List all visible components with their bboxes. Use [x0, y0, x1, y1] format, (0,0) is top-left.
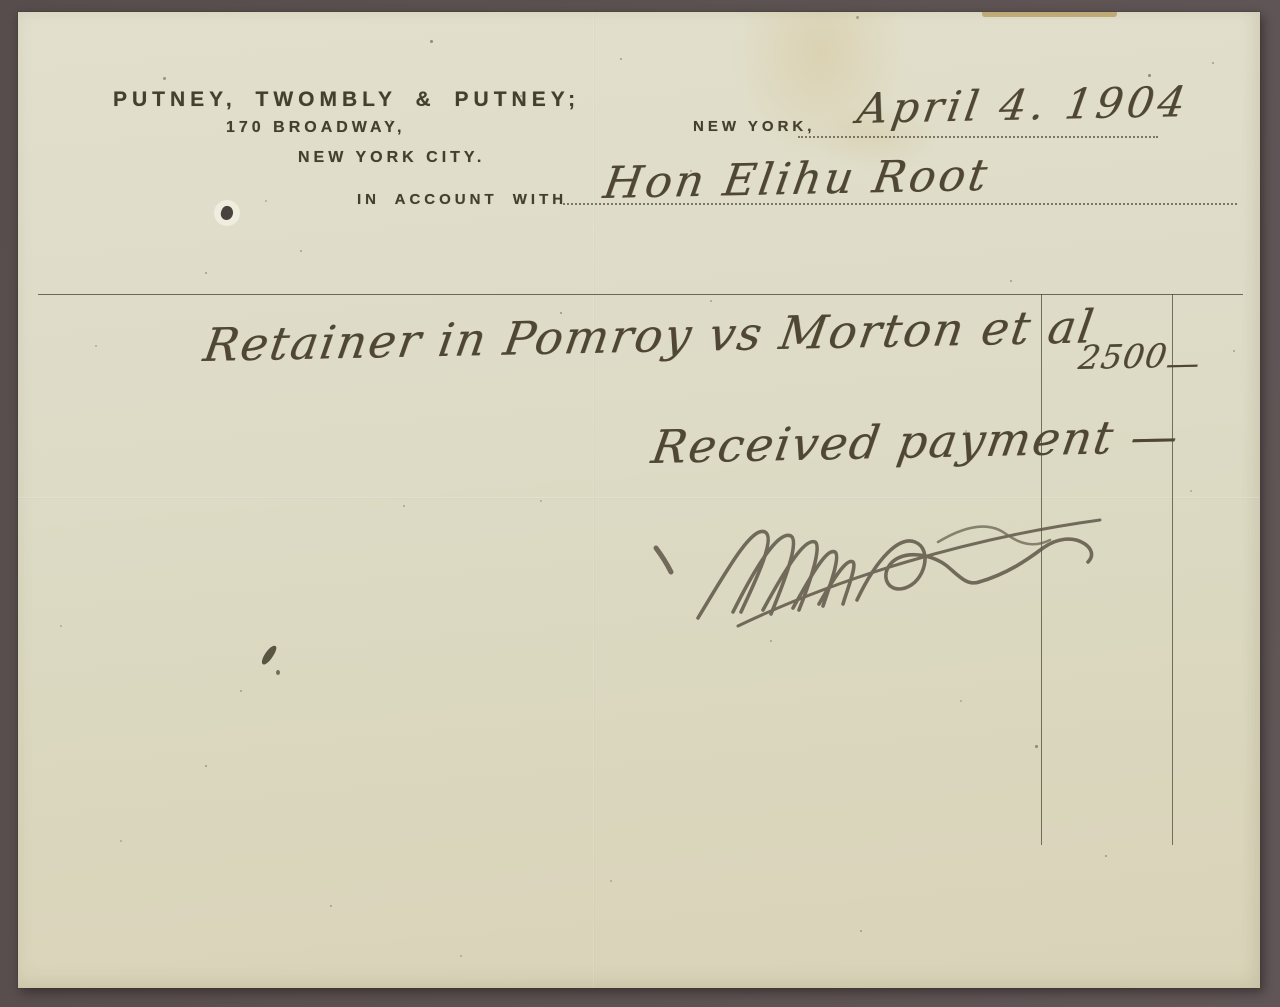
paper-speck [1233, 350, 1235, 352]
paper-speck [710, 300, 712, 302]
paper-speck [95, 345, 97, 347]
paper-speck [770, 640, 772, 642]
paper-speck [205, 272, 207, 274]
photo-background: PUTNEY, TWOMBLY & PUTNEY; 170 BROADWAY, … [0, 0, 1280, 1007]
paper-speck [240, 690, 242, 692]
paper-speck [1035, 745, 1038, 748]
paper-speck [620, 58, 622, 60]
entry-amount-dash: — [1163, 343, 1203, 383]
in-account-with-label: IN ACCOUNT WITH [357, 191, 567, 208]
paper-speck [430, 40, 433, 43]
place-label: NEW YORK, [693, 118, 815, 135]
ink-blot [260, 644, 278, 667]
paper-speck [1190, 490, 1192, 492]
paper-speck [205, 765, 207, 767]
paper-edge-stain [982, 12, 1117, 17]
paper-speck [330, 905, 332, 907]
paper-speck [120, 840, 122, 842]
paper-speck [1105, 855, 1107, 857]
horizontal-fold-crease [18, 497, 1260, 499]
entry-description: Retainer in Pomroy vs Morton et al [200, 299, 1099, 372]
handwritten-date: April 4. 1904 [854, 77, 1193, 133]
paper-speck [960, 700, 962, 702]
paper-speck [540, 500, 542, 502]
paper-speck [163, 77, 166, 80]
ledger-top-rule [38, 294, 1243, 295]
signature-handwriting: Elihu Root [636, 506, 1116, 636]
letterhead-address-line1: 170 BROADWAY, [226, 119, 405, 137]
paper-speck [60, 625, 62, 627]
paper-speck [610, 880, 612, 882]
paper-speck [1212, 62, 1214, 64]
paper-speck [1010, 280, 1012, 282]
vertical-fold-crease [593, 12, 595, 988]
ink-speck [276, 670, 280, 675]
entry-amount-value: 2500 [1076, 336, 1170, 377]
letterhead-firm-name: PUTNEY, TWOMBLY & PUTNEY; [113, 88, 580, 112]
paper-speck [860, 930, 862, 932]
receipt-document: PUTNEY, TWOMBLY & PUTNEY; 170 BROADWAY, … [18, 12, 1260, 988]
letterhead-address-line2: NEW YORK CITY. [298, 149, 485, 167]
paper-speck [265, 200, 267, 202]
entry-amount: 2500— [1076, 335, 1204, 377]
paper-speck [460, 955, 462, 957]
paper-speck [856, 16, 859, 19]
handwritten-client-name: Hon Elihu Root [600, 150, 993, 209]
paper-speck [1148, 74, 1151, 77]
paper-speck [403, 505, 405, 507]
received-payment-note: Received payment — [648, 409, 1183, 474]
paper-speck [300, 250, 302, 252]
date-dotted-line [798, 135, 1158, 138]
punch-hole [214, 200, 240, 226]
